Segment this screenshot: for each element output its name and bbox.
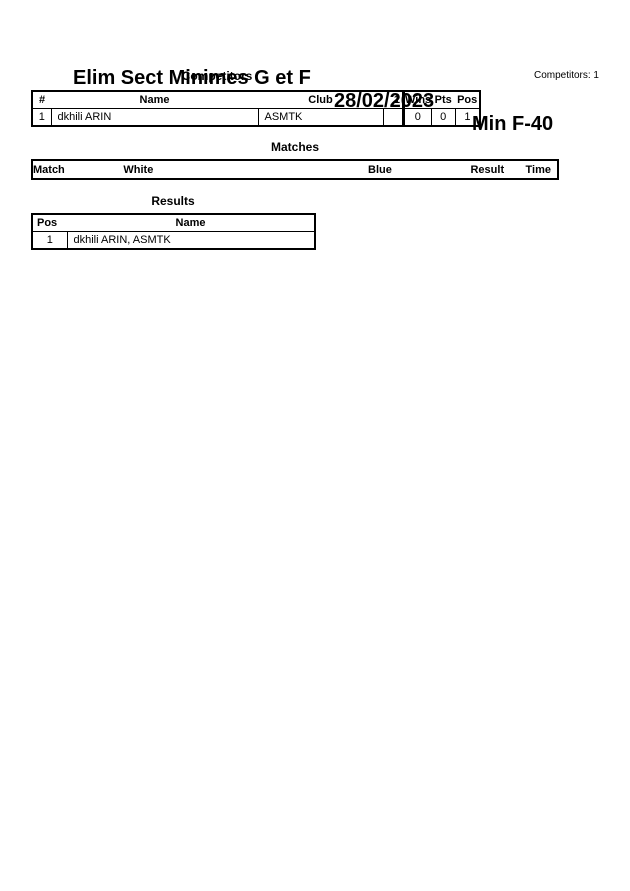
cell-pos: 1 <box>32 232 67 250</box>
col-white: White <box>89 160 214 179</box>
col-time: Time <box>504 160 558 179</box>
competitors-heading: Competitors <box>152 69 282 83</box>
col-club: Club <box>258 91 383 109</box>
results-heading: Results <box>108 194 238 208</box>
cell-name: dkhili ARIN <box>51 109 258 127</box>
col-pos: Pos <box>455 91 480 109</box>
col-round-1: 1 <box>383 91 404 109</box>
col-name: Name <box>51 91 258 109</box>
cell-pos: 1 <box>455 109 480 127</box>
matches-table: Match White Blue Result Time <box>31 159 559 180</box>
cell-club: ASMTK <box>258 109 383 127</box>
col-num: # <box>32 91 51 109</box>
table-header-row: Pos Name <box>32 214 315 232</box>
cell-name: dkhili ARIN, ASMTK <box>67 232 315 250</box>
competitors-count: Competitors: 1 <box>500 70 599 81</box>
table-header-row: Match White Blue Result Time <box>32 160 558 179</box>
results-table: Pos Name 1 dkhili ARIN, ASMTK <box>31 213 316 250</box>
cell-round-1 <box>383 109 404 127</box>
col-blue: Blue <box>214 160 403 179</box>
cell-num: 1 <box>32 109 51 127</box>
cell-wins: 0 <box>404 109 432 127</box>
col-wins: Wins <box>404 91 432 109</box>
competitors-table: # Name Club 1 Wins Pts Pos 1 dkhili ARIN… <box>31 90 481 127</box>
col-pos: Pos <box>32 214 67 232</box>
table-header-row: # Name Club 1 Wins Pts Pos <box>32 91 480 109</box>
table-row: 1 dkhili ARIN, ASMTK <box>32 232 315 250</box>
col-result: Result <box>404 160 504 179</box>
matches-heading: Matches <box>230 140 360 154</box>
col-match: Match <box>32 160 89 179</box>
category-label: Min F-40 <box>472 113 553 136</box>
col-pts: Pts <box>431 91 455 109</box>
col-name: Name <box>67 214 315 232</box>
table-row: 1 dkhili ARIN ASMTK 0 0 1 <box>32 109 480 127</box>
cell-pts: 0 <box>431 109 455 127</box>
